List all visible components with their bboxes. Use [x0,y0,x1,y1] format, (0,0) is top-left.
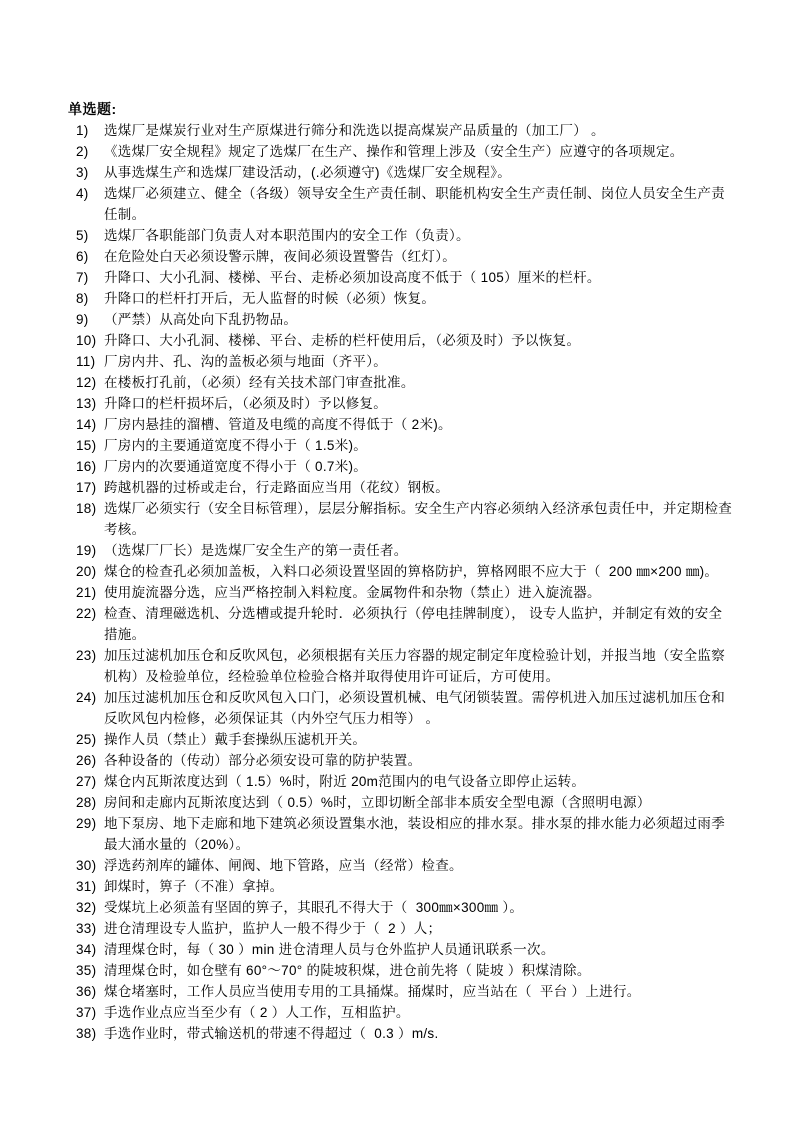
question-number: 19) [76,540,96,561]
question-item: 27)煤仓内瓦斯浓度达到（ 1.5）%时，附近 20m范围内的电气设备立即停止运… [68,771,734,792]
question-item: 19)（选煤厂厂长）是选煤厂安全生产的第一责任者。 [68,540,734,561]
question-item: 10)升降口、大小孔洞、楼梯、平台、走桥的栏杆使用后，（必须及时）予以恢复。 [68,330,734,351]
question-item: 9)（严禁）从高处向下乱扔物品。 [68,309,734,330]
question-number: 16) [76,456,96,477]
question-text: 地下泵房、地下走廊和地下建筑必须设置集水池，装设相应的排水泵。排水泵的排水能力必… [104,816,725,852]
question-number: 34) [76,939,96,960]
question-item: 16)厂房内的次要通道宽度不得小于（ 0.7米)。 [68,456,734,477]
question-text: 跨越机器的过桥或走台，行走路面应当用（花纹）钢板。 [104,480,449,495]
question-text: 受煤坑上必须盖有坚固的箅子，其眼孔不得大于（ 300㎜×300㎜ ）。 [104,900,523,915]
question-number: 17) [76,477,96,498]
question-number: 13) [76,393,96,414]
question-number: 20) [76,561,96,582]
question-text: 煤仓堵塞时，工作人员应当使用专用的工具捅煤。捅煤时，应当站在（ 平台 ）上进行。 [104,984,641,999]
question-text: 升降口的栏杆打开后，无人监督的时候（必须）恢复。 [104,291,435,306]
question-number: 24) [76,687,96,708]
question-text: 清理煤仓时，如仓壁有 60°～70° 的陡坡积煤，进仓前先将（ 陡坡 ）积煤清除… [104,963,591,978]
question-item: 36)煤仓堵塞时，工作人员应当使用专用的工具捅煤。捅煤时，应当站在（ 平台 ）上… [68,981,734,1002]
question-number: 11) [76,351,95,372]
question-item: 2)《选煤厂安全规程》规定了选煤厂在生产、操作和管理上涉及（安全生产）应遵守的各… [68,141,734,162]
question-number: 26) [76,750,96,771]
question-item: 30)浮选药剂库的罐体、闸阀、地下管路，应当（经常）检查。 [68,855,734,876]
question-number: 7) [76,267,89,288]
question-number: 9) [76,309,89,330]
question-item: 15)厂房内的主要通道宽度不得小于（ 1.5米)。 [68,435,734,456]
question-item: 14)厂房内悬挂的溜槽、管道及电缆的高度不得低于（ 2米)。 [68,414,734,435]
question-number: 18) [76,498,96,519]
question-item: 20)煤仓的检查孔必须加盖板，入料口必须设置坚固的箅格防护，箅格网眼不应大于（ … [68,561,734,582]
question-text: 手选作业点应当至少有（ 2 ）人工作，互相监护。 [104,1005,410,1020]
question-item: 6)在危险处白天必须设警示牌，夜间必须设置警告（红灯）。 [68,246,734,267]
question-text: 使用旋流器分选，应当严格控制入料粒度。金属物件和杂物（禁止）进入旋流器。 [104,585,601,600]
question-text: 手选作业时，带式输送机的带速不得超过（ 0.3 ）m/s. [104,1026,439,1041]
question-text: 选煤厂必须建立、健全（各级）领导安全生产责任制、职能机构安全生产责任制、岗位人员… [104,186,725,222]
question-item: 21)使用旋流器分选，应当严格控制入料粒度。金属物件和杂物（禁止）进入旋流器。 [68,582,734,603]
question-text: 在楼板打孔前，（必须）经有关技术部门审查批准。 [104,375,415,390]
question-item: 24)加压过滤机加压仓和反吹风包入口门，必须设置机械、电气闭锁装置。需停机进入加… [68,687,734,729]
question-item: 25)操作人员（禁止）戴手套操纵压滤机开关。 [68,729,734,750]
question-item: 34)清理煤仓时，每（ 30 ）min 进仓清理人员与仓外监护人员通讯联系一次。 [68,939,734,960]
question-item: 17)跨越机器的过桥或走台，行走路面应当用（花纹）钢板。 [68,477,734,498]
question-number: 4) [76,183,89,204]
question-text: 加压过滤机加压仓和反吹风包，必须根据有关压力容器的规定制定年度检验计划，并报当地… [104,648,725,684]
question-text: 操作人员（禁止）戴手套操纵压滤机开关。 [104,732,366,747]
document-content: 单选题: 1)选煤厂是煤炭行业对生产原煤进行筛分和洗选以提高煤炭产品质量的（加工… [68,99,734,1044]
question-item: 11)厂房内井、孔、沟的盖板必须与地面（齐平）。 [68,351,734,372]
document-page: 单选题: 1)选煤厂是煤炭行业对生产原煤进行筛分和洗选以提高煤炭产品质量的（加工… [0,0,794,1123]
question-text: （选煤厂厂长）是选煤厂安全生产的第一责任者。 [104,543,408,558]
question-item: 31)卸煤时，箅子（不准）拿掉。 [68,876,734,897]
question-text: 《选煤厂安全规程》规定了选煤厂在生产、操作和管理上涉及（安全生产）应遵守的各项规… [104,144,684,159]
question-text: 选煤厂各职能部门负责人对本职范围内的安全工作（负责）。 [104,228,470,243]
question-number: 30) [76,855,96,876]
question-text: 选煤厂是煤炭行业对生产原煤进行筛分和洗选以提高煤炭产品质量的（加工厂） 。 [104,123,605,138]
question-number: 27) [76,771,96,792]
question-text: 各种设备的（传动）部分必须安设可靠的防护装置。 [104,753,421,768]
question-text: 厂房内的次要通道宽度不得小于（ 0.7米)。 [104,459,367,474]
question-item: 32)受煤坑上必须盖有坚固的箅子，其眼孔不得大于（ 300㎜×300㎜ ）。 [68,897,734,918]
question-item: 4)选煤厂必须建立、健全（各级）领导安全生产责任制、职能机构安全生产责任制、岗位… [68,183,734,225]
question-item: 5)选煤厂各职能部门负责人对本职范围内的安全工作（负责）。 [68,225,734,246]
question-text: 在危险处白天必须设警示牌，夜间必须设置警告（红灯）。 [104,249,456,264]
question-item: 13)升降口的栏杆损坏后，（必须及时）予以修复。 [68,393,734,414]
question-text: 厂房内的主要通道宽度不得小于（ 1.5米)。 [104,438,367,453]
question-text: 卸煤时，箅子（不准）拿掉。 [104,879,283,894]
question-text: 房间和走廊内瓦斯浓度达到（ 0.5）%时，立即切断全部非本质安全型电源（含照明电… [104,795,651,810]
question-text: 厂房内井、孔、沟的盖板必须与地面（齐平）。 [104,354,387,369]
question-item: 33)进仓清理设专人监护，监护人一般不得少于（ 2 ）人； [68,918,734,939]
page-title: 单选题: [68,99,734,120]
question-text: 升降口、大小孔洞、楼梯、平台、走桥的栏杆使用后，（必须及时）予以恢复。 [104,333,580,348]
question-number: 10) [76,330,96,351]
question-item: 35)清理煤仓时，如仓壁有 60°～70° 的陡坡积煤，进仓前先将（ 陡坡 ）积… [68,960,734,981]
question-number: 33) [76,918,96,939]
question-item: 3)从事选煤生产和选煤厂建设活动，(.必须遵守)《选煤厂安全规程》。 [68,162,734,183]
question-text: 厂房内悬挂的溜槽、管道及电缆的高度不得低于（ 2米)。 [104,417,452,432]
question-number: 36) [76,981,96,1002]
question-number: 21) [76,582,96,603]
question-item: 22)检查、清理磁选机、分选槽或提升轮时．必须执行（停电挂牌制度）， 设专人监护… [68,603,734,645]
question-number: 12) [76,372,96,393]
question-item: 38)手选作业时，带式输送机的带速不得超过（ 0.3 ）m/s. [68,1023,734,1044]
question-number: 37) [76,1002,96,1023]
question-number: 25) [76,729,96,750]
question-text: 进仓清理设专人监护，监护人一般不得少于（ 2 ）人； [104,921,441,936]
question-item: 18)选煤厂必须实行（安全目标管理），层层分解指标。安全生产内容必须纳入经济承包… [68,498,734,540]
question-item: 8)升降口的栏杆打开后，无人监督的时候（必须）恢复。 [68,288,734,309]
question-item: 29)地下泵房、地下走廊和地下建筑必须设置集水池，装设相应的排水泵。排水泵的排水… [68,813,734,855]
question-text: 从事选煤生产和选煤厂建设活动，(.必须遵守)《选煤厂安全规程》。 [104,165,511,180]
question-number: 6) [76,246,89,267]
question-number: 28) [76,792,96,813]
question-item: 7)升降口、大小孔洞、楼梯、平台、走桥必须加设高度不低于（ 105）厘米的栏杆。 [68,267,734,288]
question-text: 选煤厂必须实行（安全目标管理），层层分解指标。安全生产内容必须纳入经济承包责任中… [104,501,732,537]
question-text: 清理煤仓时，每（ 30 ）min 进仓清理人员与仓外监护人员通讯联系一次。 [104,942,555,957]
question-number: 3) [76,162,89,183]
question-number: 5) [76,225,89,246]
question-text: 浮选药剂库的罐体、闸阀、地下管路，应当（经常）检查。 [104,858,463,873]
question-number: 14) [76,414,96,435]
question-number: 1) [76,120,89,141]
question-number: 23) [76,645,96,666]
question-text: 煤仓内瓦斯浓度达到（ 1.5）%时，附近 20m范围内的电气设备立即停止运转。 [104,774,585,789]
question-number: 8) [76,288,89,309]
question-text: 煤仓的检查孔必须加盖板，入料口必须设置坚固的箅格防护，箅格网眼不应大于（ 200… [104,564,718,579]
question-number: 31) [76,876,96,897]
question-text: 升降口、大小孔洞、楼梯、平台、走桥必须加设高度不低于（ 105）厘米的栏杆。 [104,270,601,285]
question-list: 1)选煤厂是煤炭行业对生产原煤进行筛分和洗选以提高煤炭产品质量的（加工厂） 。2… [68,120,734,1044]
question-item: 28)房间和走廊内瓦斯浓度达到（ 0.5）%时，立即切断全部非本质安全型电源（含… [68,792,734,813]
question-text: （严禁）从高处向下乱扔物品。 [104,312,297,327]
question-number: 29) [76,813,96,834]
question-number: 32) [76,897,96,918]
question-item: 1)选煤厂是煤炭行业对生产原煤进行筛分和洗选以提高煤炭产品质量的（加工厂） 。 [68,120,734,141]
question-number: 38) [76,1023,96,1044]
question-item: 12)在楼板打孔前，（必须）经有关技术部门审查批准。 [68,372,734,393]
question-item: 23)加压过滤机加压仓和反吹风包，必须根据有关压力容器的规定制定年度检验计划，并… [68,645,734,687]
question-number: 35) [76,960,96,981]
question-item: 37)手选作业点应当至少有（ 2 ）人工作，互相监护。 [68,1002,734,1023]
question-item: 26)各种设备的（传动）部分必须安设可靠的防护装置。 [68,750,734,771]
question-number: 15) [76,435,96,456]
question-number: 2) [76,141,89,162]
question-text: 加压过滤机加压仓和反吹风包入口门，必须设置机械、电气闭锁装置。需停机进入加压过滤… [104,690,725,726]
question-number: 22) [76,603,96,624]
question-text: 升降口的栏杆损坏后，（必须及时）予以修复。 [104,396,387,411]
question-text: 检查、清理磁选机、分选槽或提升轮时．必须执行（停电挂牌制度）， 设专人监护，并制… [104,606,722,642]
